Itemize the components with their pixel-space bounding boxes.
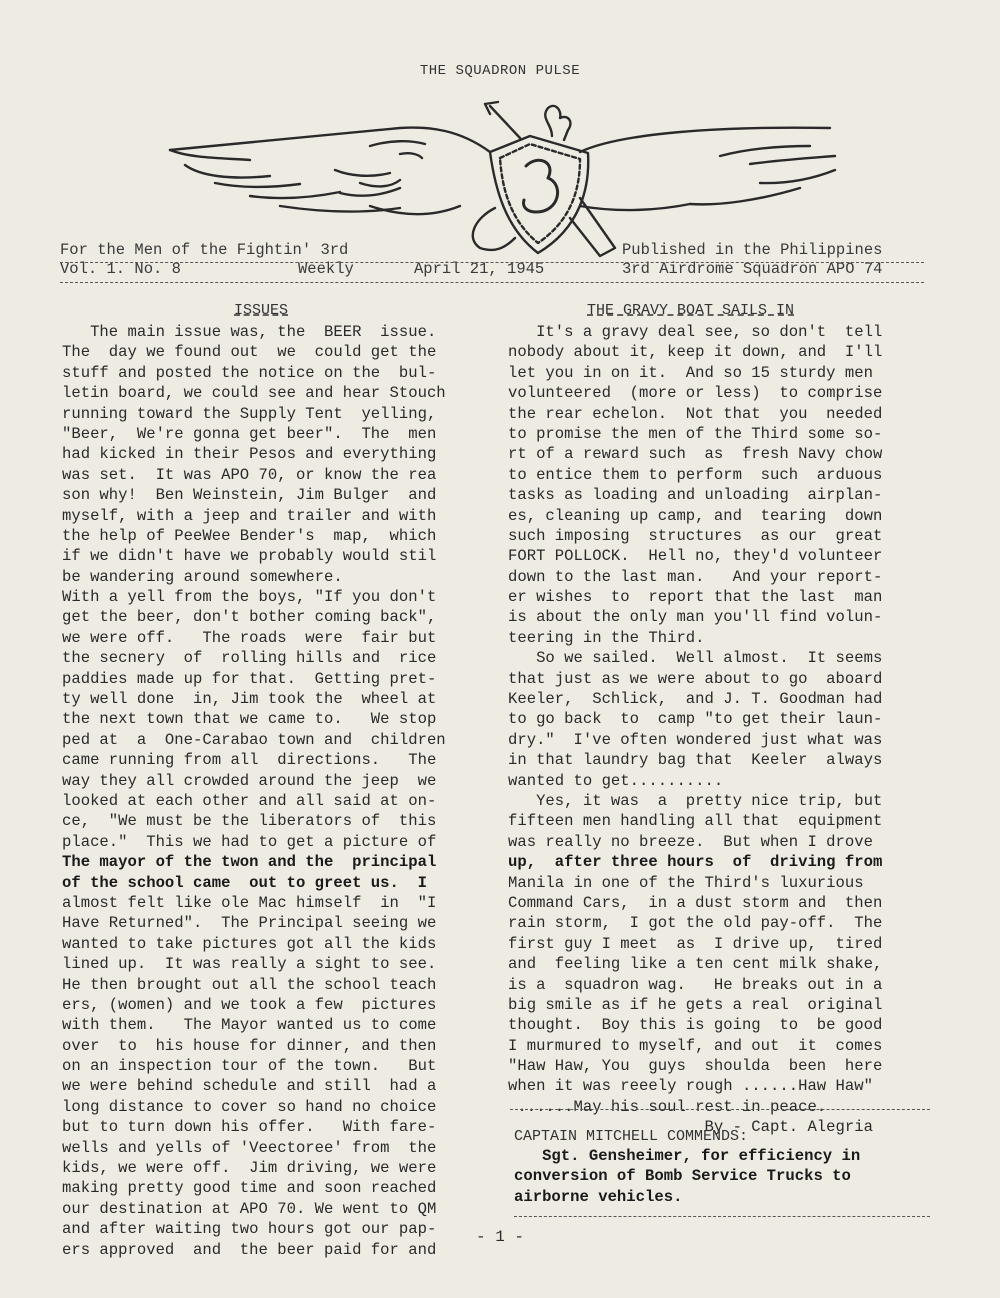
text-line: ty well done in, Jim took the wheel at bbox=[62, 689, 446, 709]
text-line: if we didn't have we probably would stil bbox=[62, 546, 446, 566]
text-line: I murmured to myself, and out it comes bbox=[508, 1036, 882, 1056]
text-line: of the school came out to greet us. I bbox=[62, 873, 446, 893]
text-line: when it was reeely rough ......Haw Haw" bbox=[508, 1076, 882, 1096]
text-line: rt of a reward such as fresh Navy chow bbox=[508, 444, 882, 464]
text-line: wanted to get.......... bbox=[508, 771, 882, 791]
text-line: the secnery of rolling hills and rice bbox=[62, 648, 446, 668]
text-line: was really no breeze. But when I drove bbox=[508, 832, 882, 852]
text-line: had kicked in their Pesos and everything bbox=[62, 444, 446, 464]
text-line: way they all crowded around the jeep we bbox=[62, 771, 446, 791]
text-line: looked at each other and all said at on- bbox=[62, 791, 446, 811]
text-line: myself, with a jeep and trailer and with bbox=[62, 506, 446, 526]
text-line: conversion of Bomb Service Trucks to bbox=[514, 1166, 860, 1186]
text-line: Manila in one of the Third's luxurious bbox=[508, 873, 882, 893]
article-divider bbox=[510, 1109, 930, 1110]
commendation-heading: CAPTAIN MITCHELL COMMENDS: bbox=[514, 1128, 748, 1145]
text-line: lined up. It was really a sight to see. bbox=[62, 954, 446, 974]
text-line: on an inspection tour of the town. But bbox=[62, 1056, 446, 1076]
text-line: big smile as if he gets a real original bbox=[508, 995, 882, 1015]
text-line: making pretty good time and soon reached bbox=[62, 1178, 446, 1198]
text-line: nobody about it, keep it down, and I'll bbox=[508, 342, 882, 362]
newsletter-page: THE SQUADRON PULSE bbox=[0, 0, 1000, 1298]
text-line: Sgt. Gensheimer, for efficiency in bbox=[514, 1146, 860, 1166]
text-line: Command Cars, in a dust storm and then bbox=[508, 893, 882, 913]
text-line: The mayor of the twon and the principal bbox=[62, 852, 446, 872]
text-line: is a squadron wag. He breaks out in a bbox=[508, 975, 882, 995]
text-line: such imposing structures as our great bbox=[508, 526, 882, 546]
text-line: the rear echelon. Not that you needed bbox=[508, 404, 882, 424]
text-line: fifteen men handling all that equipment bbox=[508, 811, 882, 831]
text-line: teering in the Third. bbox=[508, 628, 882, 648]
text-line: get the beer, don't bother coming back", bbox=[62, 607, 446, 627]
text-line: "Haw Haw, You guys shoulda been here bbox=[508, 1056, 882, 1076]
text-line: down to the last man. And your report- bbox=[508, 567, 882, 587]
text-line: paddies made up for that. Getting pret- bbox=[62, 669, 446, 689]
commendation-body: Sgt. Gensheimer, for efficiency inconver… bbox=[514, 1146, 860, 1207]
text-line: tasks as loading and unloading airplan- bbox=[508, 485, 882, 505]
text-line: running toward the Supply Tent yelling, bbox=[62, 404, 446, 424]
text-line: The day we found out we could get the bbox=[62, 342, 446, 362]
text-line: first guy I meet as I drive up, tired bbox=[508, 934, 882, 954]
text-line: rain storm, I got the old pay-off. The bbox=[508, 913, 882, 933]
text-line: er wishes to report that the last man bbox=[508, 587, 882, 607]
text-line: thought. Boy this is going to be good bbox=[508, 1015, 882, 1035]
article-body-issues: The main issue was, the BEER issue.The d… bbox=[62, 322, 446, 1260]
text-line: with them. The Mayor wanted us to come bbox=[62, 1015, 446, 1035]
text-line: the next town that we came to. We stop bbox=[62, 709, 446, 729]
masthead-dedication: For the Men of the Fightin' 3rd bbox=[60, 241, 348, 259]
text-line: ped at a One-Carabao town and children bbox=[62, 730, 446, 750]
text-line: wells and yells of 'Veectoree' from the bbox=[62, 1138, 446, 1158]
text-line: It's a gravy deal see, so don't tell bbox=[508, 322, 882, 342]
text-line: ce, "We must be the liberators of this bbox=[62, 811, 446, 831]
text-line: Yes, it was a pretty nice trip, but bbox=[508, 791, 882, 811]
text-line: almost felt like ole Mac himself in "I bbox=[62, 893, 446, 913]
text-line: the help of PeeWee Bender's map, which bbox=[62, 526, 446, 546]
text-line: "Beer, We're gonna get beer". The men bbox=[62, 424, 446, 444]
text-line: kids, we were off. Jim driving, we were bbox=[62, 1158, 446, 1178]
text-line: long distance to cover so hand no choice bbox=[62, 1097, 446, 1117]
text-line: over to his house for dinner, and then bbox=[62, 1036, 446, 1056]
text-line: letin board, we could see and hear Stouc… bbox=[62, 383, 446, 403]
text-line: volunteered (more or less) to comprise bbox=[508, 383, 882, 403]
commendation-divider bbox=[514, 1216, 930, 1217]
text-line: up, after three hours of driving from bbox=[508, 852, 882, 872]
winged-shield-emblem-icon bbox=[160, 88, 840, 263]
text-line: Keeler, Schlick, and J. T. Goodman had bbox=[508, 689, 882, 709]
masthead-divider bbox=[60, 262, 924, 263]
masthead-divider bbox=[60, 282, 924, 283]
text-line: is about the only man you'll find volun- bbox=[508, 607, 882, 627]
page-number: - 1 - bbox=[0, 1228, 1000, 1246]
text-line: airborne vehicles. bbox=[514, 1187, 860, 1207]
text-line: FORT POLLOCK. Hell no, they'd volunteer bbox=[508, 546, 882, 566]
text-line: wanted to take pictures got all the kids bbox=[62, 934, 446, 954]
newsletter-title: THE SQUADRON PULSE bbox=[0, 63, 1000, 79]
text-line: that just as we were about to go aboard bbox=[508, 669, 882, 689]
text-line: dry." I've often wondered just what was bbox=[508, 730, 882, 750]
text-line: So we sailed. Well almost. It seems bbox=[508, 648, 882, 668]
text-line: es, cleaning up camp, and tearing down bbox=[508, 506, 882, 526]
text-line: but to turn down his offer. With fare- bbox=[62, 1117, 446, 1137]
text-line: came running from all directions. The bbox=[62, 750, 446, 770]
text-line: to entice them to perform such arduous bbox=[508, 465, 882, 485]
text-line: ers, (women) and we took a few pictures bbox=[62, 995, 446, 1015]
text-line: to promise the men of the Third some so- bbox=[508, 424, 882, 444]
text-line: son why! Ben Weinstein, Jim Bulger and bbox=[62, 485, 446, 505]
text-line: we were off. The roads were fair but bbox=[62, 628, 446, 648]
text-line: With a yell from the boys, "If you don't bbox=[62, 587, 446, 607]
text-line: and feeling like a ten cent milk shake, bbox=[508, 954, 882, 974]
text-line: to go back to camp "to get their laun- bbox=[508, 709, 882, 729]
text-line: The main issue was, the BEER issue. bbox=[62, 322, 446, 342]
text-line: be wandering around somewhere. bbox=[62, 567, 446, 587]
text-line: place." This we had to get a picture of bbox=[62, 832, 446, 852]
article-body-gravy-boat: It's a gravy deal see, so don't tellnobo… bbox=[508, 322, 882, 1138]
article-heading-issues: ISSUES bbox=[234, 302, 288, 319]
text-line: was set. It was APO 70, or know the rea bbox=[62, 465, 446, 485]
text-line: stuff and posted the notice on the bul- bbox=[62, 363, 446, 383]
text-line: our destination at APO 70. We went to QM bbox=[62, 1199, 446, 1219]
article-heading-gravy-boat: THE GRAVY BOAT SAILS IN bbox=[587, 302, 794, 319]
text-line: Have Returned". The Principal seeing we bbox=[62, 913, 446, 933]
text-line: in that laundry bag that Keeler always bbox=[508, 750, 882, 770]
text-line: ......May his soul rest in peace. bbox=[508, 1097, 882, 1117]
text-line: let you in on it. And so 15 sturdy men bbox=[508, 363, 882, 383]
text-line: He then brought out all the school teach bbox=[62, 975, 446, 995]
text-line: we were behind schedule and still had a bbox=[62, 1076, 446, 1096]
publication-location: Published in the Philippines bbox=[622, 241, 882, 259]
